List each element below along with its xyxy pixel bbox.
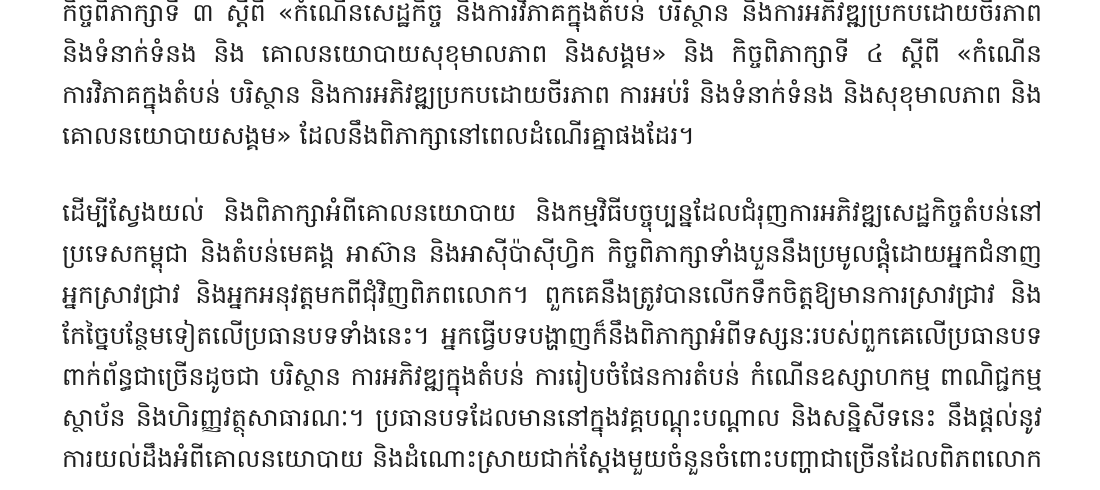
text-line: ការវិភាគក្នុងតំបន់ បរិស្ថាន និងការអភិវឌ្… xyxy=(62,74,1042,115)
text-line: និងទំនាក់ទំនង និង គោលនយោបាយសុខុមាលភាព និ… xyxy=(62,33,1042,74)
document-page: កិច្ចពិភាក្សាទី ៣ ស្តីពី «កំណើនសេដ្ឋកិច្… xyxy=(0,0,1100,479)
paragraph-objectives: ដើម្បីស្វែងយល់ និងពិភាក្សាអំពីគោលនយោបាយ … xyxy=(62,192,1042,479)
text-line: ពាក់ព័ន្ធជាច្រើនដូចជា បរិស្ថាន ការអភិវឌ្… xyxy=(62,356,1042,397)
text-line: កែច្នៃបន្ថែមទៀតលើប្រធានបទទាំងនេះ។ អ្នកធ្… xyxy=(62,315,1042,356)
text-line: ដើម្បីស្វែងយល់ និងពិភាក្សាអំពីគោលនយោបាយ … xyxy=(62,192,1042,233)
paragraph-discussion-sessions: កិច្ចពិភាក្សាទី ៣ ស្តីពី «កំណើនសេដ្ឋកិច្… xyxy=(62,0,1042,156)
text-line: ស្ថាប័ន និងហិរញ្ញវត្ថុសាធារណៈ។ ប្រធានបទដ… xyxy=(62,397,1042,438)
text-line: គោលនយោបាយសង្គម» ដែលនឹងពិភាក្សានៅពេលដំណើរ… xyxy=(62,115,1042,156)
text-line: កិច្ចពិភាក្សាទី ៣ ស្តីពី «កំណើនសេដ្ឋកិច្… xyxy=(62,0,1042,33)
text-line: អ្នកស្រាវជ្រាវ និងអ្នកអនុវត្តមកពីជុំវិញព… xyxy=(62,274,1042,315)
text-line: ការយល់ដឹងអំពីគោលនយោបាយ និងដំណោះស្រាយជាក់… xyxy=(62,438,1042,479)
text-line: ប្រទេសកម្ពុជា និងតំបន់មេគង្គ អាស៊ាន និងអ… xyxy=(62,233,1042,274)
